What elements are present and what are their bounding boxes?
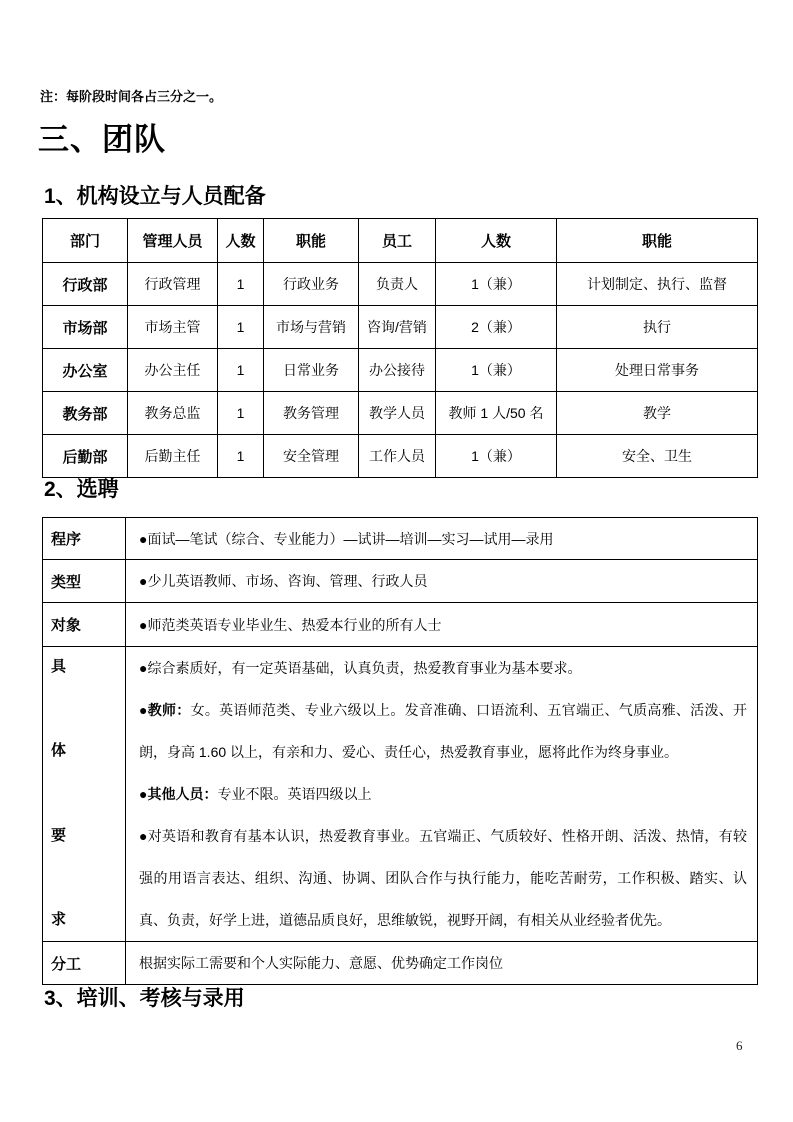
main-heading: 三、团队 [38, 114, 166, 159]
table-row: 类型 ●少儿英语教师、市场、咨询、管理、行政人员 [43, 560, 758, 603]
table-row: 办公室 办公主任 1 日常业务 办公接待 1（兼） 处理日常事务 [43, 349, 758, 392]
table-cell: 教师 1 人/50 名 [436, 392, 557, 435]
col-header: 员工 [359, 219, 436, 263]
table-cell: 处理日常事务 [557, 349, 758, 392]
table-cell: 市场主管 [128, 306, 218, 349]
table-cell: 教学人员 [359, 392, 436, 435]
document-page: 注：每阶段时间各占三分之一。 三、团队 1、机构设立与人员配备 部门 管理人员 … [0, 0, 793, 1122]
col-header: 人数 [436, 219, 557, 263]
requirement-paragraph: ●教师：女。英语师范类、专业六级以上。发音准确、口语流利、五官端正、气质高雅、活… [139, 689, 747, 773]
label-char: 体 [51, 739, 125, 760]
col-header: 职能 [264, 219, 359, 263]
table-cell: 1（兼） [436, 435, 557, 478]
table-cell: 行政管理 [128, 263, 218, 306]
table-cell: 执行 [557, 306, 758, 349]
col-header: 部门 [43, 219, 128, 263]
requirements-content: ●综合素质好，有一定英语基础，认真负责，热爱教育事业为基本要求。 ●教师：女。英… [126, 647, 757, 941]
table-cell: 办公主任 [128, 349, 218, 392]
table-row: 教务部 教务总监 1 教务管理 教学人员 教师 1 人/50 名 教学 [43, 392, 758, 435]
note-line: 注：每阶段时间各占三分之一。 [40, 86, 222, 105]
label-char: 要 [51, 824, 125, 845]
label-char: 具 [51, 655, 125, 676]
dept-cell: 行政部 [43, 263, 128, 306]
table-cell: ●少儿英语教师、市场、咨询、管理、行政人员 [126, 560, 758, 603]
section3-heading: 3、培训、考核与录用 [44, 982, 245, 1012]
table-cell: 工作人员 [359, 435, 436, 478]
row-label: 分工 [43, 942, 126, 985]
col-header: 管理人员 [128, 219, 218, 263]
table-cell: ●师范类英语专业毕业生、热爱本行业的所有人士 [126, 603, 758, 647]
table-cell: 1 [218, 392, 264, 435]
table-cell: 1 [218, 306, 264, 349]
table-cell: 1（兼） [436, 349, 557, 392]
requirement-paragraph: ●其他人员：专业不限。英语四级以上 [139, 773, 747, 815]
table-cell: 安全管理 [264, 435, 359, 478]
table-cell: 日常业务 [264, 349, 359, 392]
section1-heading: 1、机构设立与人员配备 [44, 180, 266, 210]
table-row: 对象 ●师范类英语专业毕业生、热爱本行业的所有人士 [43, 603, 758, 647]
table-cell: 1 [218, 349, 264, 392]
section2-heading: 2、选聘 [44, 473, 119, 503]
table-row: 分工 根据实际工需要和个人实际能力、意愿、优势确定工作岗位 [43, 942, 758, 985]
dept-cell: 后勤部 [43, 435, 128, 478]
dept-cell: 教务部 [43, 392, 128, 435]
table-cell: 计划制定、执行、监督 [557, 263, 758, 306]
table-cell: 教务管理 [264, 392, 359, 435]
table-cell: ●面试—笔试（综合、专业能力）—试讲—培训—实习—试用—录用 [126, 518, 758, 560]
row-label: 类型 [43, 560, 126, 603]
org-table-header-row: 部门 管理人员 人数 职能 员工 人数 职能 [43, 219, 758, 263]
table-cell: 1（兼） [436, 263, 557, 306]
requirements-label: 具 体 要 求 [43, 647, 125, 939]
table-row: 行政部 行政管理 1 行政业务 负责人 1（兼） 计划制定、执行、监督 [43, 263, 758, 306]
col-header: 人数 [218, 219, 264, 263]
table-cell: 2（兼） [436, 306, 557, 349]
dept-cell: 办公室 [43, 349, 128, 392]
table-cell: 行政业务 [264, 263, 359, 306]
requirements-row: 具 体 要 求 ●综合素质好，有一定英语基础，认真负责，热爱教育事业为基本要求。… [43, 647, 758, 942]
table-row: 后勤部 后勤主任 1 安全管理 工作人员 1（兼） 安全、卫生 [43, 435, 758, 478]
table-cell: 教务总监 [128, 392, 218, 435]
selection-table: 程序 ●面试—笔试（综合、专业能力）—试讲—培训—实习—试用—录用 类型 ●少儿… [42, 517, 758, 985]
table-cell: 市场与营销 [264, 306, 359, 349]
table-cell: 1 [218, 263, 264, 306]
table-cell: 办公接待 [359, 349, 436, 392]
requirements-content-cell: ●综合素质好，有一定英语基础，认真负责，热爱教育事业为基本要求。 ●教师：女。英… [126, 647, 758, 942]
table-cell: 教学 [557, 392, 758, 435]
requirement-paragraph: ●对英语和教育有基本认识，热爱教育事业。五官端正、气质较好、性格开朗、活泼、热情… [139, 815, 747, 941]
org-structure-table: 部门 管理人员 人数 职能 员工 人数 职能 行政部 行政管理 1 行政业务 负… [42, 218, 758, 478]
table-row: 程序 ●面试—笔试（综合、专业能力）—试讲—培训—实习—试用—录用 [43, 518, 758, 560]
col-header: 职能 [557, 219, 758, 263]
table-cell: 负责人 [359, 263, 436, 306]
table-cell: 根据实际工需要和个人实际能力、意愿、优势确定工作岗位 [126, 942, 758, 985]
requirement-paragraph: ●综合素质好，有一定英语基础，认真负责，热爱教育事业为基本要求。 [139, 647, 747, 689]
table-cell: 1 [218, 435, 264, 478]
table-cell: 安全、卫生 [557, 435, 758, 478]
table-cell: 后勤主任 [128, 435, 218, 478]
requirements-label-cell: 具 体 要 求 [43, 647, 126, 942]
page-number: 6 [736, 1038, 743, 1054]
table-cell: 咨询/营销 [359, 306, 436, 349]
row-label: 对象 [43, 603, 126, 647]
label-char: 求 [51, 908, 125, 929]
dept-cell: 市场部 [43, 306, 128, 349]
row-label: 程序 [43, 518, 126, 560]
table-row: 市场部 市场主管 1 市场与营销 咨询/营销 2（兼） 执行 [43, 306, 758, 349]
